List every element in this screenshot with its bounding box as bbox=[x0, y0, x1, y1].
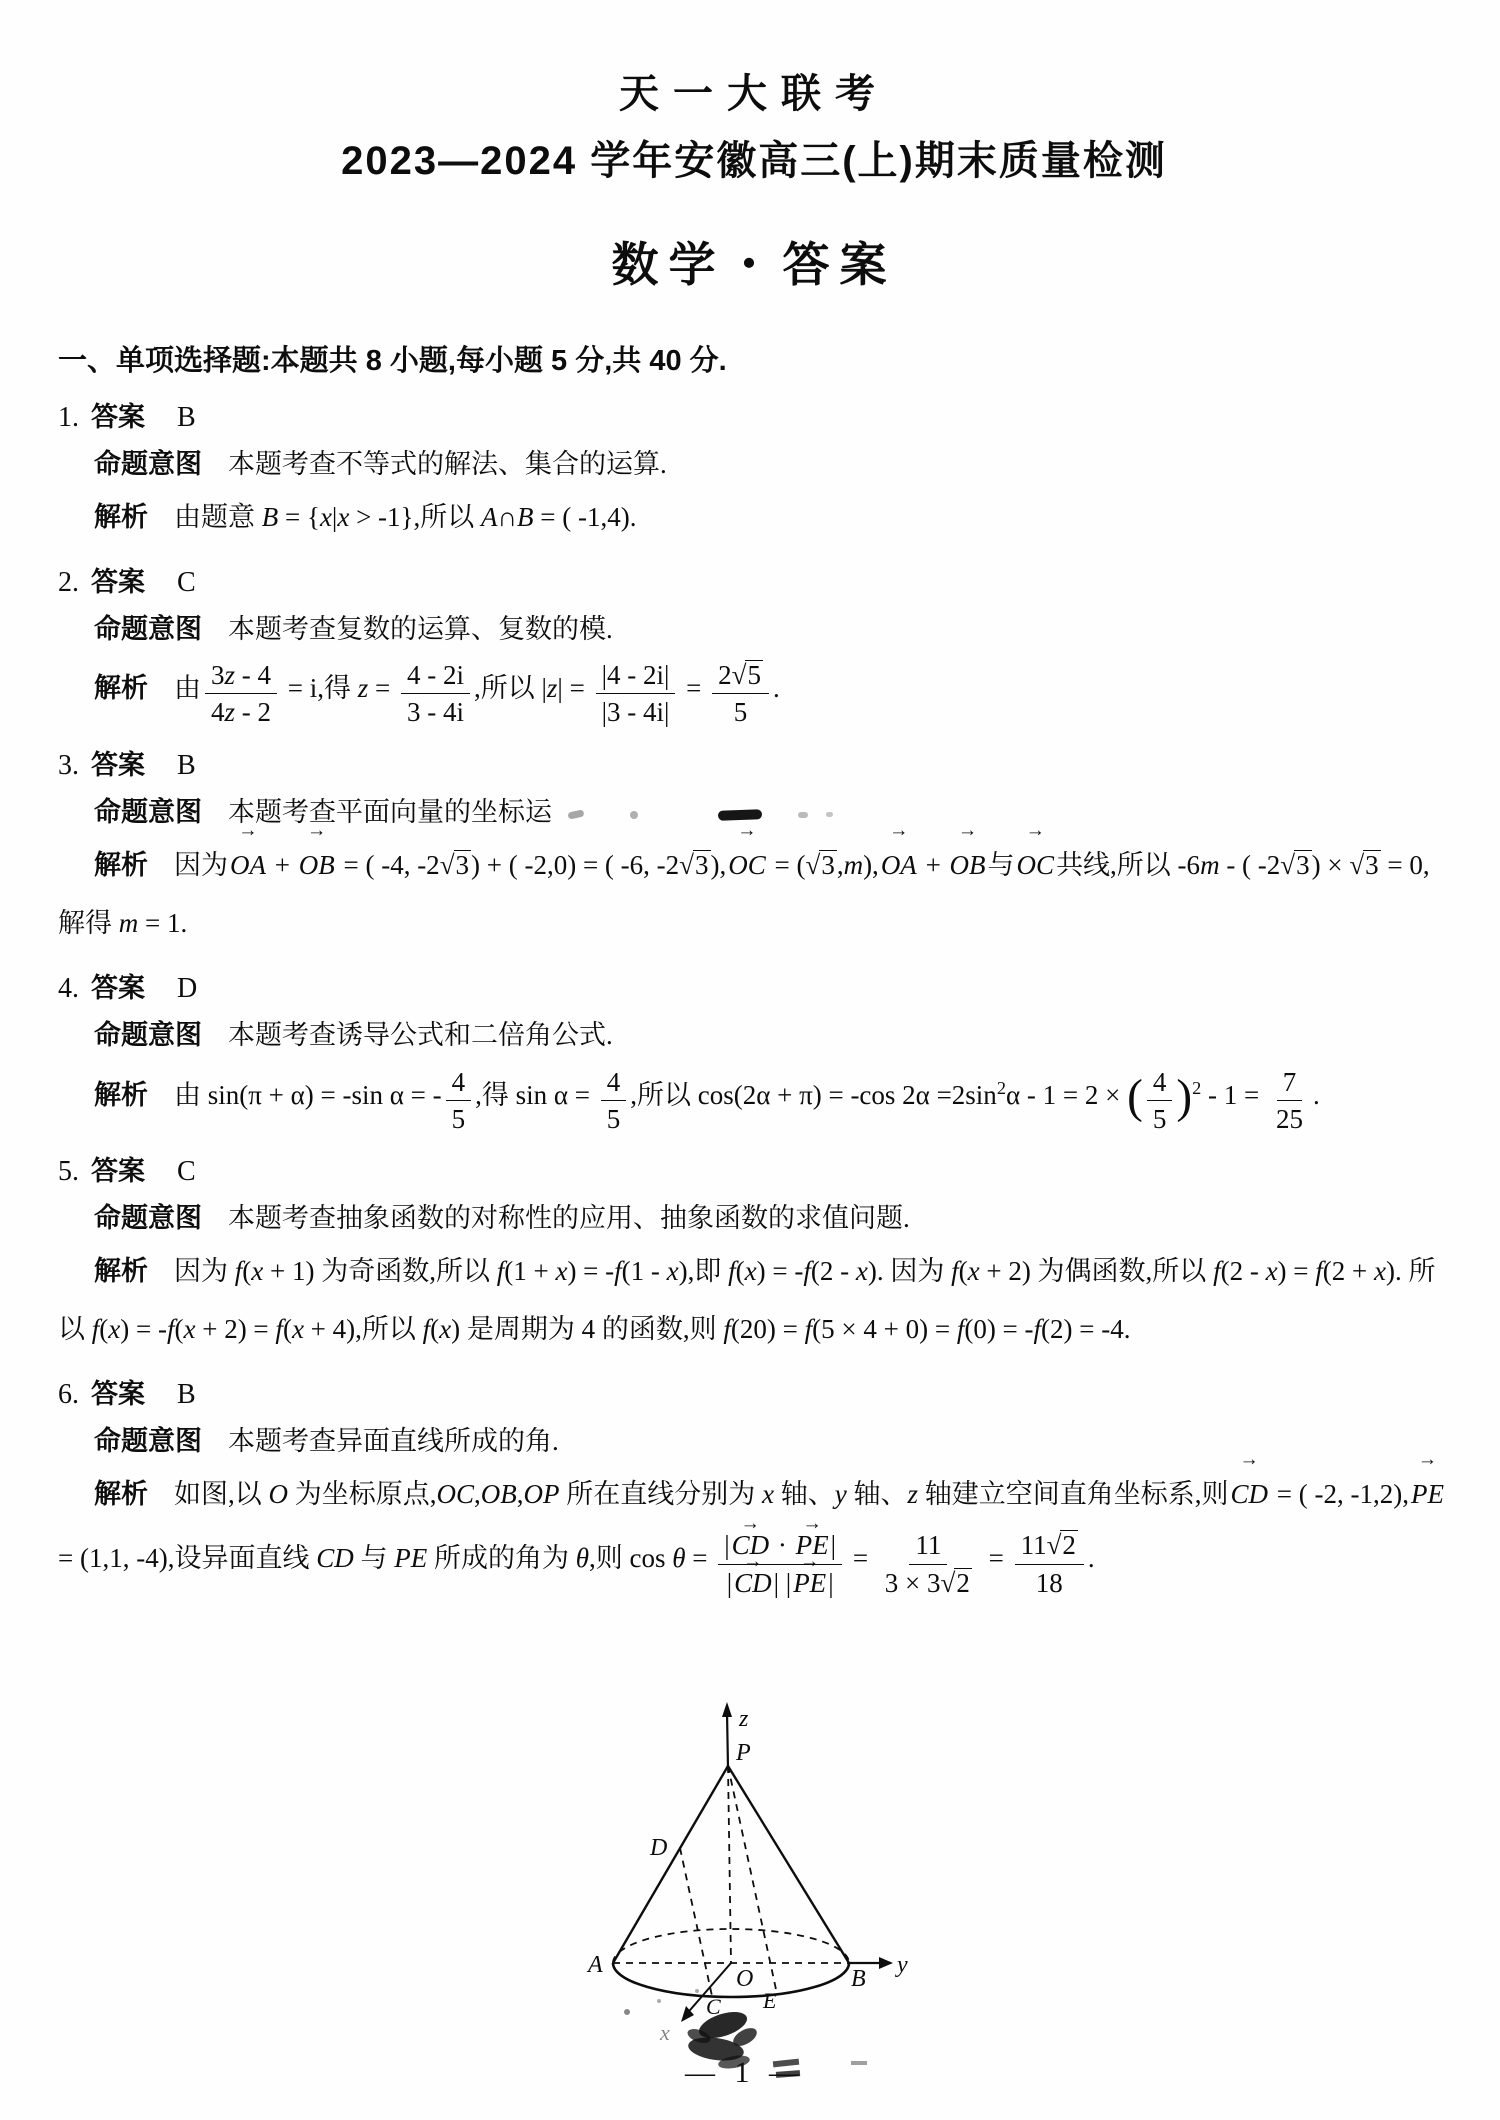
fraction-denominator: 3 - 4i bbox=[401, 694, 470, 728]
exam-title: 2023—2024 学年安徽高三(上)期末质量检测 bbox=[58, 129, 1450, 186]
intent-text: 本题考查复数的运算、复数的模. bbox=[228, 614, 613, 644]
question-number: 6. bbox=[58, 1379, 79, 1410]
math-italic: f bbox=[92, 1314, 100, 1344]
math-italic: x bbox=[108, 1314, 120, 1344]
smudge-mark bbox=[798, 812, 808, 818]
question-number: 2. bbox=[58, 567, 79, 598]
cone-figure: z P D A B O E C y x bbox=[575, 1693, 910, 2078]
intent-text: 本题考查异面直线所成的角. bbox=[228, 1426, 559, 1456]
radicand: 3 bbox=[819, 850, 837, 879]
segment-pe bbox=[728, 1766, 777, 1994]
fraction-numerator: 11 bbox=[909, 1523, 947, 1564]
y-axis-label: y bbox=[895, 1952, 908, 1978]
question-item: 3.答案B命题意图本题考查平面向量的坐标运解析因为OA + OB = ( -4,… bbox=[58, 745, 1450, 952]
math-italic: f bbox=[803, 1256, 811, 1286]
vector-OC: OC bbox=[1015, 836, 1057, 894]
answer-letter: B bbox=[177, 1379, 196, 1410]
math-italic: f bbox=[423, 1314, 431, 1344]
question-item: 1.答案B命题意图本题考查不等式的解法、集合的运算.解析由题意 B = {x|x… bbox=[58, 397, 1450, 546]
analysis-label: 解析 bbox=[94, 850, 148, 880]
fraction: 255 bbox=[712, 653, 769, 729]
x-axis-label: x bbox=[659, 2020, 670, 2045]
answer-letter: D bbox=[177, 973, 197, 1004]
fraction: 113 × 32 bbox=[879, 1523, 978, 1599]
point-a-label: A bbox=[586, 1952, 603, 1978]
vector-OA: OA bbox=[228, 836, 268, 894]
point-d-label: D bbox=[649, 1835, 667, 1861]
analysis-paragraph: 解析因为 f(x + 1) 为奇函数,所以 f(1 + x) = -f(1 - … bbox=[58, 1242, 1450, 1358]
radicand: 3 bbox=[1294, 850, 1312, 879]
section-heading: 一、单项选择题:本题共 8 小题,每小题 5 分,共 40 分. bbox=[58, 341, 1450, 381]
sqrt-radical: 2 bbox=[1047, 1530, 1078, 1560]
math-italic: f bbox=[1034, 1314, 1042, 1344]
page-footer: — 1 — bbox=[600, 2056, 890, 2090]
analysis-paragraph: 解析因为OA + OB = ( -4, -23) + ( -2,0) = ( -… bbox=[58, 836, 1450, 952]
analysis-label: 解析 bbox=[94, 673, 148, 703]
answer-label: 答案 bbox=[91, 1156, 145, 1186]
math-italic: x bbox=[320, 502, 332, 532]
intent-text: 本题考查诱导公式和二倍角公式. bbox=[228, 1020, 613, 1050]
vector-OB: OB bbox=[297, 836, 337, 894]
intent-label: 命题意图 bbox=[94, 797, 202, 827]
fraction-denominator: 5 bbox=[1147, 1101, 1173, 1135]
math-italic: f bbox=[497, 1256, 505, 1286]
math-italic: f bbox=[614, 1256, 622, 1286]
question-item: 2.答案C命题意图本题考查复数的运算、复数的模.解析由3z - 44z - 2 … bbox=[58, 562, 1450, 729]
math-italic: x bbox=[762, 1479, 774, 1509]
fraction-denominator: 4z - 2 bbox=[205, 694, 277, 728]
intent-label: 命题意图 bbox=[94, 449, 202, 479]
intent-label: 命题意图 bbox=[94, 1203, 202, 1233]
fraction-numerator: 4 bbox=[446, 1060, 472, 1101]
vector-CD: CD bbox=[732, 1567, 774, 1599]
intent-text: 本题考查平面向量的坐标运 bbox=[228, 797, 552, 827]
math-italic: x bbox=[292, 1314, 304, 1344]
math-italic: OB bbox=[481, 1479, 517, 1509]
math-italic: PE bbox=[394, 1544, 427, 1574]
math-italic: x bbox=[555, 1256, 567, 1286]
fraction-numerator: 4 bbox=[601, 1060, 627, 1101]
answer-sheet-page: 天一大联考 2023—2024 学年安徽高三(上)期末质量检测 数学・答案 一、… bbox=[0, 0, 1500, 2120]
fraction-numerator: |4 - 2i| bbox=[596, 653, 676, 694]
sqrt-radical: 3 bbox=[440, 850, 471, 880]
fraction: 725 bbox=[1270, 1060, 1309, 1136]
analysis-label: 解析 bbox=[94, 1479, 148, 1509]
question-answer-line: 4.答案D bbox=[58, 968, 1450, 1009]
segment-dc bbox=[680, 1848, 712, 1996]
fraction-numerator: 4 - 2i bbox=[401, 653, 470, 694]
radicand: 3 bbox=[454, 850, 472, 879]
base-front-arc bbox=[613, 1963, 849, 1997]
question-item: 5.答案C命题意图本题考查抽象函数的对称性的应用、抽象函数的求值问题.解析因为 … bbox=[58, 1151, 1450, 1358]
question-item: 6.答案B命题意图本题考查异面直线所成的角.解析如图,以 O 为坐标原点,OC,… bbox=[58, 1374, 1450, 1599]
vector-PE: PE bbox=[1409, 1465, 1446, 1523]
math-italic: f bbox=[957, 1314, 965, 1344]
question-number: 3. bbox=[58, 750, 79, 781]
math-italic: z bbox=[907, 1479, 918, 1509]
fraction-numerator: 3z - 4 bbox=[205, 653, 277, 694]
sqrt-radical: 3 bbox=[1349, 850, 1380, 880]
intent-line: 命题意图本题考查诱导公式和二倍角公式. bbox=[58, 1015, 1450, 1055]
base-back-arc bbox=[613, 1929, 849, 1963]
smudge-dot bbox=[657, 1999, 661, 2003]
vector-OB: OB bbox=[948, 836, 988, 894]
radicand: 2 bbox=[954, 1568, 972, 1597]
superscript: 2 bbox=[1192, 1078, 1201, 1098]
math-italic: f bbox=[951, 1256, 959, 1286]
smudge-dot bbox=[695, 1989, 699, 1993]
vector-PE: PE bbox=[791, 1567, 828, 1599]
fraction-denominator: |CD| |PE| bbox=[721, 1565, 840, 1599]
smudge-mark bbox=[718, 809, 762, 821]
math-italic: f bbox=[275, 1314, 283, 1344]
fraction-numerator: 7 bbox=[1277, 1060, 1303, 1101]
sqrt-radical: 3 bbox=[805, 850, 836, 880]
math-italic: θ bbox=[672, 1544, 685, 1574]
analysis-paragraph: 解析由3z - 44z - 2 = i,得 z = 4 - 2i3 - 4i,所… bbox=[58, 653, 1450, 729]
intent-line: 命题意图本题考查复数的运算、复数的模. bbox=[58, 609, 1450, 649]
big-paren: ( bbox=[1127, 1071, 1143, 1123]
math-italic: f bbox=[235, 1256, 243, 1286]
math-italic: f bbox=[805, 1314, 813, 1344]
z-axis bbox=[727, 1712, 728, 1768]
fraction-numerator: 4 bbox=[1147, 1060, 1173, 1101]
fraction-denominator: 3 × 32 bbox=[879, 1565, 978, 1599]
math-italic: f bbox=[167, 1314, 175, 1344]
radicand: 2 bbox=[1060, 1530, 1078, 1559]
math-italic: x bbox=[1266, 1256, 1278, 1286]
answer-label: 答案 bbox=[91, 1379, 145, 1409]
answer-label: 答案 bbox=[91, 567, 145, 597]
answer-letter: B bbox=[177, 402, 196, 433]
fraction: 45 bbox=[446, 1060, 472, 1136]
questions-container: 1.答案B命题意图本题考查不等式的解法、集合的运算.解析由题意 B = {x|x… bbox=[58, 397, 1450, 1599]
math-italic: x bbox=[439, 1314, 451, 1344]
question-answer-line: 6.答案B bbox=[58, 1374, 1450, 1415]
fraction-denominator: 18 bbox=[1030, 1565, 1069, 1599]
analysis-paragraph: 解析由 sin(π + α) = -sin α = -45,得 sin α = … bbox=[58, 1059, 1450, 1136]
z-axis-label: z bbox=[738, 1706, 749, 1732]
answer-letter: C bbox=[177, 567, 196, 598]
altitude-po bbox=[728, 1766, 731, 1963]
question-answer-line: 2.答案C bbox=[58, 562, 1450, 603]
intent-label: 命题意图 bbox=[94, 1020, 202, 1050]
sqrt-radical: 3 bbox=[679, 850, 710, 880]
analysis-label: 解析 bbox=[94, 1080, 148, 1110]
math-italic: z bbox=[547, 673, 558, 703]
math-italic: z bbox=[225, 660, 236, 690]
vector-CD: CD bbox=[1229, 1465, 1271, 1523]
math-italic: x bbox=[183, 1314, 195, 1344]
fraction-denominator: 5 bbox=[446, 1101, 472, 1135]
math-italic: x bbox=[251, 1256, 263, 1286]
sqrt-radical: 3 bbox=[1280, 850, 1311, 880]
math-italic: CD bbox=[316, 1544, 354, 1574]
smudge-mark bbox=[630, 811, 638, 819]
exam-brand-title: 天一大联考 bbox=[58, 62, 1450, 119]
analysis-paragraph: 解析由题意 B = {x|x > -1},所以 A∩B = ( -1,4). bbox=[58, 488, 1450, 546]
vector-OA: OA bbox=[879, 836, 919, 894]
smudge-dot bbox=[624, 2009, 630, 2015]
math-italic: f bbox=[728, 1256, 736, 1286]
vector-OC: OC bbox=[726, 836, 768, 894]
question-item: 4.答案D命题意图本题考查诱导公式和二倍角公式.解析由 sin(π + α) =… bbox=[58, 968, 1450, 1136]
math-italic: f bbox=[1315, 1256, 1323, 1286]
math-italic: O bbox=[269, 1479, 289, 1509]
fraction: 3z - 44z - 2 bbox=[205, 653, 277, 729]
math-italic: m bbox=[1200, 850, 1220, 880]
math-italic: OP bbox=[524, 1479, 560, 1509]
math-italic: f bbox=[1213, 1256, 1221, 1286]
math-italic: f bbox=[723, 1314, 731, 1344]
math-italic: OC bbox=[437, 1479, 475, 1509]
analysis-label: 解析 bbox=[94, 1256, 148, 1286]
math-italic: z bbox=[358, 673, 369, 703]
sqrt-radical: 5 bbox=[732, 660, 763, 690]
ink-smudge-marks bbox=[552, 792, 833, 832]
smudge-mark bbox=[567, 809, 584, 819]
point-e-label: E bbox=[762, 1988, 777, 2013]
z-axis-arrow bbox=[722, 1702, 732, 1717]
intent-line: 命题意图本题考查抽象函数的对称性的应用、抽象函数的求值问题. bbox=[58, 1198, 1450, 1238]
answer-letter: B bbox=[177, 750, 196, 781]
question-number: 5. bbox=[58, 1156, 79, 1187]
fraction-denominator: |3 - 4i| bbox=[596, 694, 676, 728]
fraction: 11218 bbox=[1015, 1523, 1084, 1599]
math-italic: x bbox=[667, 1256, 679, 1286]
sqrt-radical: 2 bbox=[941, 1568, 972, 1598]
radicand: 3 bbox=[1363, 850, 1381, 879]
fraction: |CD · PE||CD| |PE| bbox=[718, 1523, 842, 1599]
question-answer-line: 3.答案B bbox=[58, 745, 1450, 786]
analysis-paragraph: 解析如图,以 O 为坐标原点,OC,OB,OP 所在直线分别为 x 轴、y 轴、… bbox=[58, 1465, 1450, 1599]
answer-label: 答案 bbox=[91, 973, 145, 1003]
math-italic: A bbox=[481, 502, 498, 532]
math-italic: x bbox=[856, 1256, 868, 1286]
question-number: 4. bbox=[58, 973, 79, 1004]
question-answer-line: 1.答案B bbox=[58, 397, 1450, 438]
y-axis-arrow bbox=[879, 1957, 893, 1969]
fraction-denominator: 5 bbox=[601, 1101, 627, 1135]
math-italic: x bbox=[337, 502, 349, 532]
math-italic: y bbox=[835, 1479, 847, 1509]
intent-text: 本题考查不等式的解法、集合的运算. bbox=[228, 449, 667, 479]
math-italic: m bbox=[119, 908, 139, 938]
math-italic: θ bbox=[576, 1544, 589, 1574]
intent-label: 命题意图 bbox=[94, 614, 202, 644]
point-o-label: O bbox=[736, 1966, 753, 1992]
fraction-numerator: 112 bbox=[1015, 1523, 1084, 1564]
math-italic: m bbox=[844, 850, 864, 880]
fraction-numerator: 25 bbox=[712, 653, 769, 694]
fraction-denominator: 25 bbox=[1270, 1101, 1309, 1135]
math-italic: B bbox=[517, 502, 534, 532]
superscript: 2 bbox=[997, 1078, 1006, 1098]
math-italic: x bbox=[745, 1256, 757, 1286]
answer-label: 答案 bbox=[91, 750, 145, 780]
fraction: 4 - 2i3 - 4i bbox=[401, 653, 470, 729]
fraction: |4 - 2i||3 - 4i| bbox=[596, 653, 676, 729]
intent-text: 本题考查抽象函数的对称性的应用、抽象函数的求值问题. bbox=[228, 1203, 910, 1233]
question-answer-line: 5.答案C bbox=[58, 1151, 1450, 1192]
point-b-label: B bbox=[851, 1966, 866, 1992]
math-italic: x bbox=[968, 1256, 980, 1286]
math-italic: x bbox=[1374, 1256, 1386, 1286]
intent-line: 命题意图本题考查不等式的解法、集合的运算. bbox=[58, 444, 1450, 484]
page-content: 天一大联考 2023—2024 学年安徽高三(上)期末质量检测 数学・答案 一、… bbox=[0, 0, 1500, 1599]
math-italic: B bbox=[262, 502, 279, 532]
cone-diagram-svg: z P D A B O E C y x bbox=[575, 1693, 910, 2078]
subject-title: 数学・答案 bbox=[58, 228, 1450, 295]
intent-label: 命题意图 bbox=[94, 1426, 202, 1456]
fraction: 45 bbox=[601, 1060, 627, 1136]
answer-label: 答案 bbox=[91, 402, 145, 432]
point-p-label: P bbox=[735, 1740, 751, 1766]
question-number: 1. bbox=[58, 402, 79, 433]
analysis-label: 解析 bbox=[94, 502, 148, 532]
math-italic: z bbox=[225, 697, 236, 727]
radicand: 5 bbox=[745, 660, 763, 689]
answer-letter: C bbox=[177, 1156, 196, 1187]
big-paren: ) bbox=[1176, 1071, 1192, 1123]
radicand: 3 bbox=[693, 850, 711, 879]
fraction: 45 bbox=[1147, 1060, 1173, 1136]
smudge-mark bbox=[826, 812, 833, 817]
fraction-denominator: 5 bbox=[728, 694, 754, 728]
